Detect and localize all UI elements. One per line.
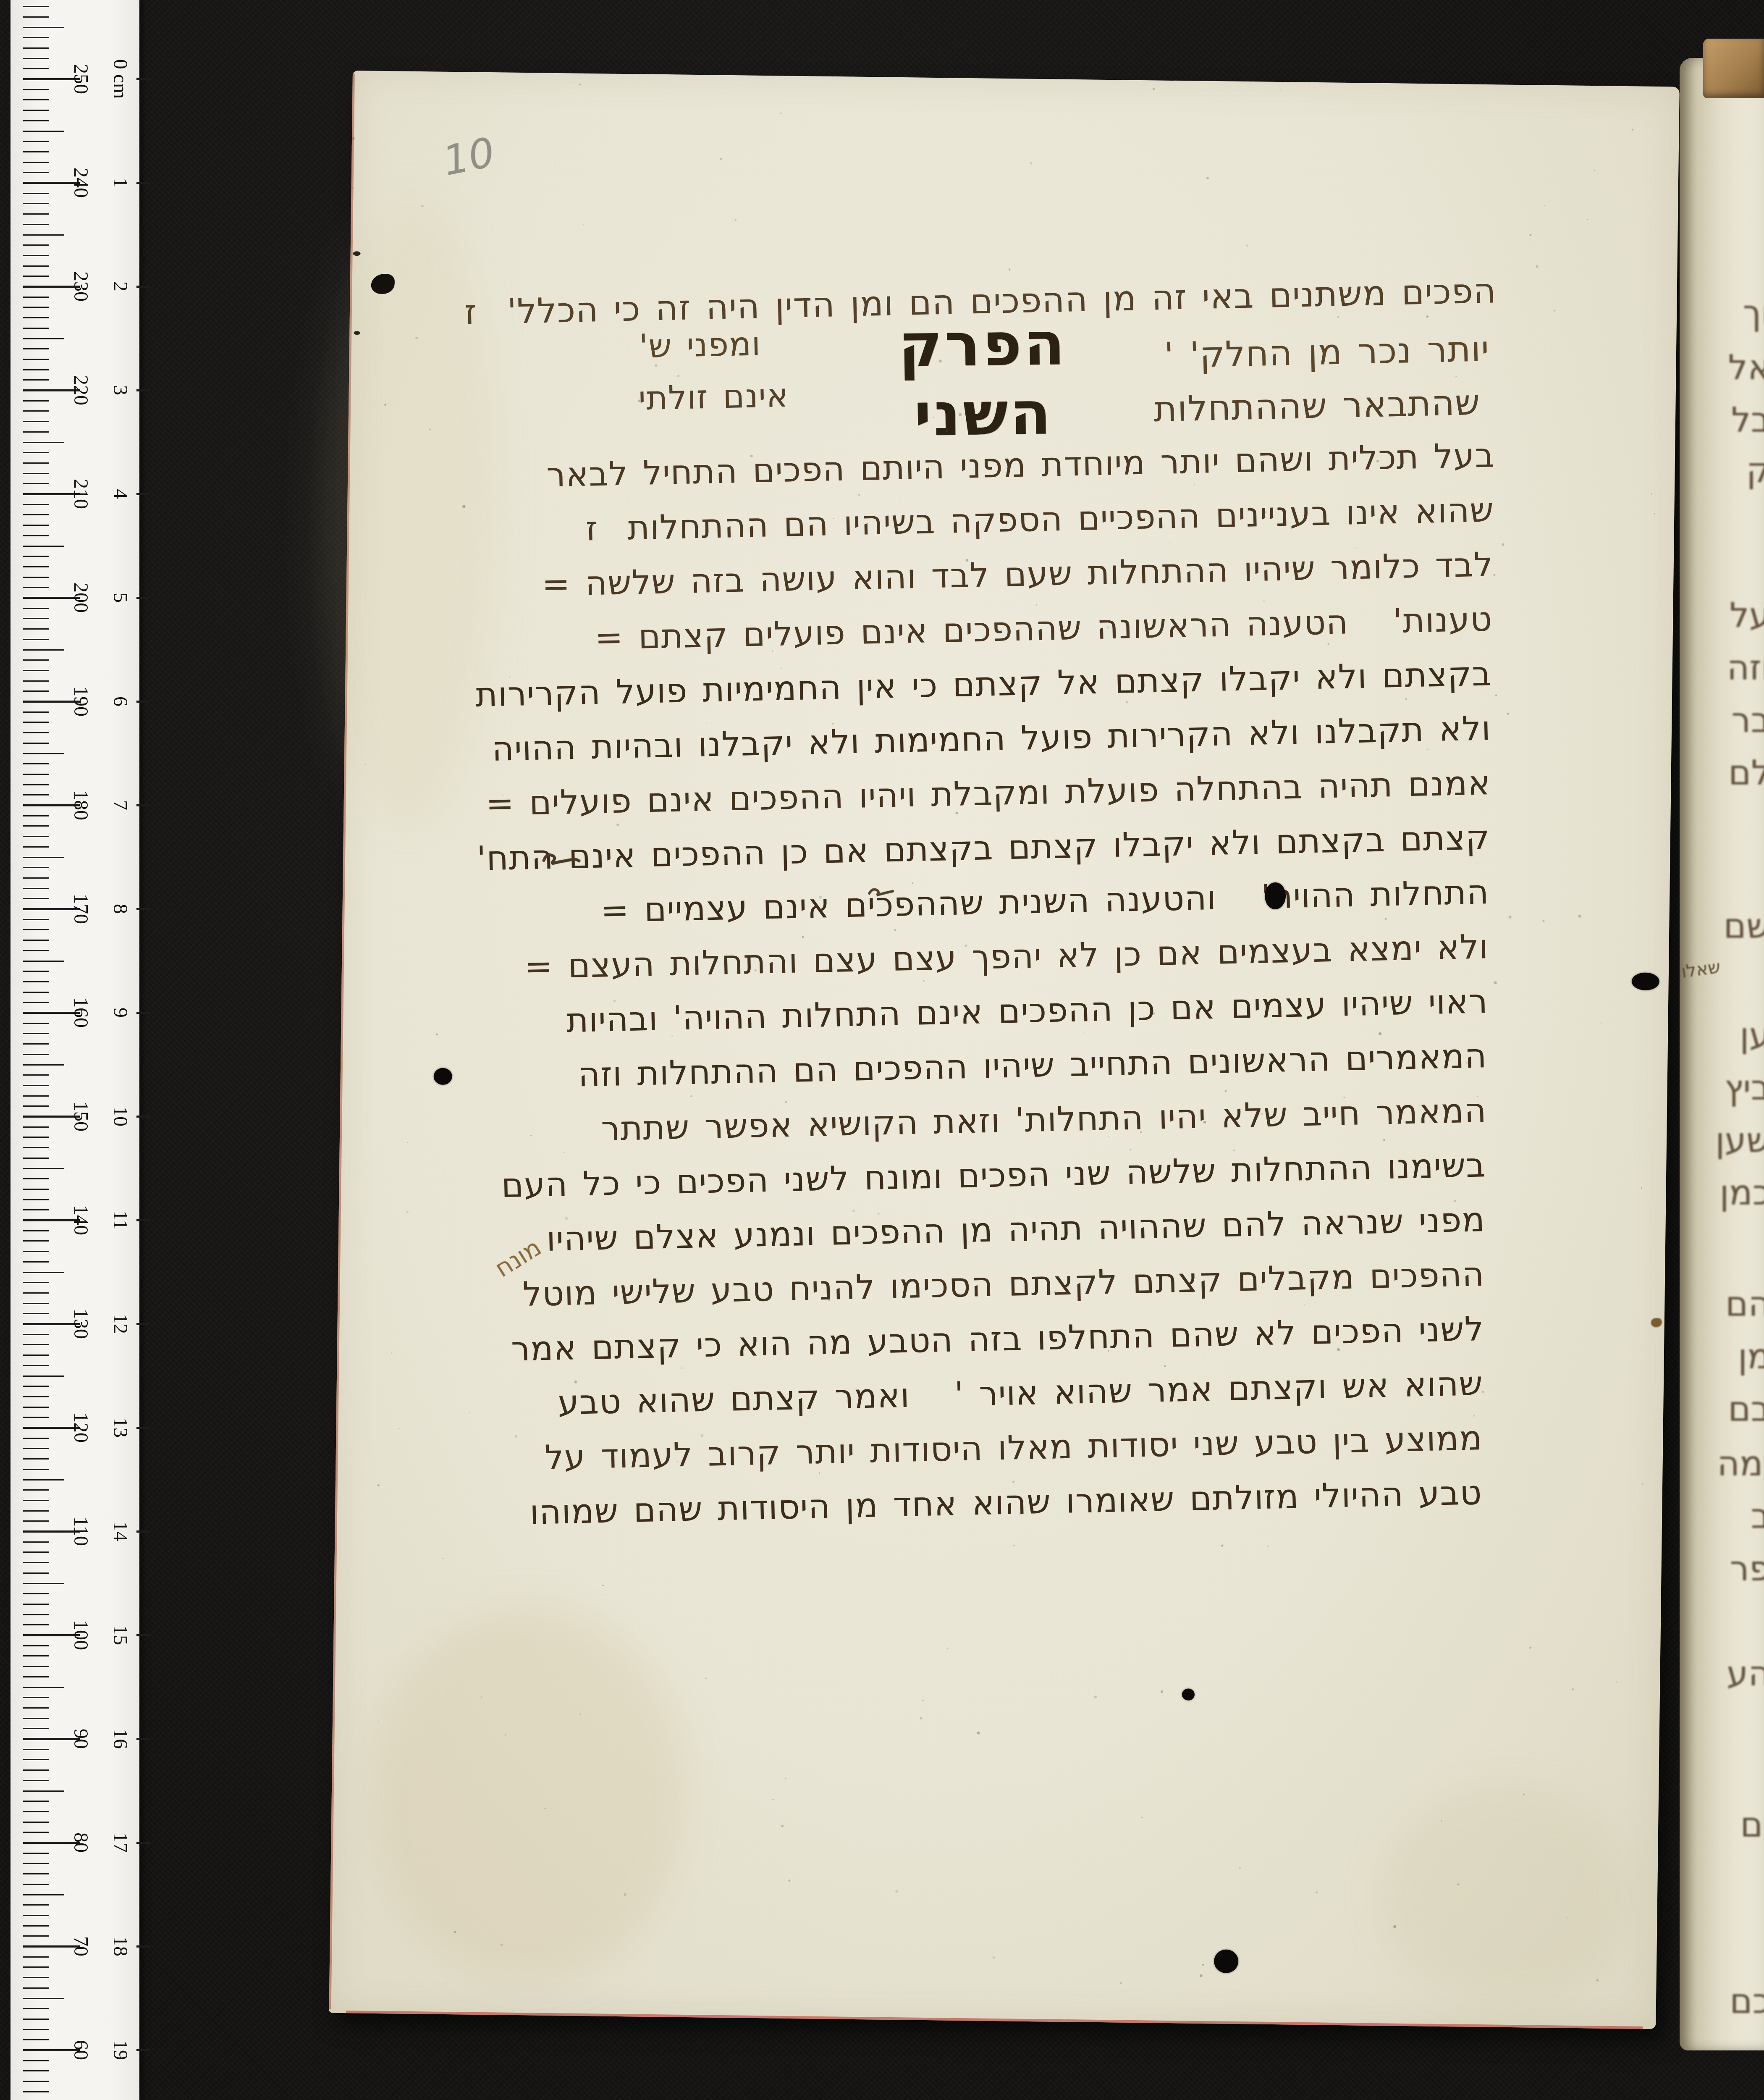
ruler-tick <box>23 1977 49 1978</box>
ruler-tick <box>23 1884 49 1885</box>
ruler-tick <box>23 659 49 661</box>
parchment-speck <box>1014 1545 1015 1546</box>
ruler-tick <box>23 1147 49 1148</box>
ruler-tick <box>23 1790 64 1792</box>
ruler-tick <box>23 1043 49 1045</box>
ruler-number-cm: 12 <box>106 1294 135 1353</box>
ruler-tick <box>23 711 49 713</box>
ruler-number-reverse: 180 <box>66 776 96 835</box>
ruler-tick <box>23 37 49 38</box>
parchment-speck <box>1493 574 1495 576</box>
parchment-speck <box>788 1879 790 1882</box>
parchment-speck <box>1536 265 1538 268</box>
ruler-tick <box>23 1500 49 1501</box>
ruler-tick <box>23 1520 49 1522</box>
ruler-number-cm: 6 <box>106 672 135 731</box>
ruler-tick <box>23 338 64 339</box>
parchment-speck <box>895 1890 898 1893</box>
parchment-speck <box>1544 205 1545 206</box>
parchment-speck <box>1246 244 1248 247</box>
ruler-tick <box>23 566 49 567</box>
ruler-tick <box>23 1354 49 1356</box>
parchment-speck <box>681 1368 682 1368</box>
ruler-tick <box>23 431 49 433</box>
ruler-tick <box>23 690 49 692</box>
parchment-speck <box>735 219 736 220</box>
ruler-tick <box>136 493 150 495</box>
spine-fragment <box>1703 39 1764 98</box>
facing-text-fragment: ים <box>1740 1805 1764 1845</box>
parchment-speck <box>1200 1974 1202 1977</box>
parchment-speck <box>1009 269 1010 270</box>
ruler-number-cm: 4 <box>106 465 135 523</box>
parchment-speck <box>446 1982 448 1983</box>
ruler-tick <box>23 1292 49 1294</box>
facing-text-fragment: מן <box>1738 1337 1764 1377</box>
ruler-tick <box>23 732 49 733</box>
ruler-tick <box>23 1551 49 1553</box>
ruler-tick <box>23 1645 49 1646</box>
ruler-number-reverse: 90 <box>66 1709 96 1768</box>
ruler-tick <box>23 1593 49 1594</box>
ruler-tick <box>23 120 49 121</box>
parchment-speck <box>1383 1139 1385 1141</box>
parchment-speck <box>436 1033 438 1035</box>
parchment-speck <box>1572 1688 1574 1690</box>
ruler-number-cm: 13 <box>106 1398 135 1457</box>
text-line: המאמרים הראשונים התחייב שיהיו ההפכים הם … <box>578 1036 1487 1094</box>
facing-text-fragment: על <box>1730 596 1764 635</box>
ruler-tick <box>23 1614 49 1615</box>
ruler-tick <box>23 1811 49 1812</box>
blot-mark <box>371 274 395 294</box>
ruler-number-reverse: 110 <box>66 1502 96 1561</box>
ruler-tick <box>23 172 49 173</box>
parchment-speck <box>1129 1149 1131 1151</box>
ruler-number-reverse: 60 <box>66 2021 96 2079</box>
ruler-tick <box>23 525 49 526</box>
text-line: שהוא אש וקצתם אמר שהוא אויר ' ואמר קצתם … <box>558 1364 1484 1422</box>
text-line: טבע ההיולי מזולתם שאומרו שהוא אחד מן היס… <box>529 1473 1482 1532</box>
ruler-tick <box>136 1323 150 1325</box>
ruler-tick <box>23 577 49 578</box>
parchment-speck <box>1030 162 1033 165</box>
ruler-tick <box>23 753 64 754</box>
ruler-tick <box>136 78 150 80</box>
ruler-tick <box>23 1313 49 1314</box>
parchment-speck <box>1120 1982 1122 1984</box>
parchment-speck <box>1164 1365 1166 1367</box>
ruler-tick <box>23 359 49 360</box>
parchment-speck <box>977 1732 980 1735</box>
parchment-speck <box>1206 177 1209 179</box>
parchment-speck <box>1507 712 1509 714</box>
ruler-tick <box>23 1925 49 1927</box>
ruler-tick <box>23 1759 49 1760</box>
parchment-speck <box>429 429 430 430</box>
ruler-tick <box>136 1530 150 1533</box>
parchment-speck <box>1314 1302 1315 1303</box>
parchment-speck <box>407 1142 408 1143</box>
ruler-tick <box>23 1158 49 1159</box>
parchment-speck <box>1456 375 1457 377</box>
ruler-tick <box>23 1407 49 1408</box>
ruler-tick <box>23 1396 49 1397</box>
ruler-tick <box>23 556 49 557</box>
ruler-tick <box>136 1427 150 1429</box>
ruler-tick <box>23 680 49 682</box>
parchment-speck <box>365 764 366 765</box>
parchment-speck <box>1394 1925 1397 1928</box>
parchment-speck <box>677 375 679 377</box>
parchment-speck <box>1578 915 1581 918</box>
ruler-tick <box>23 2019 49 2020</box>
parchment-speck <box>785 1101 787 1102</box>
facing-text-fragment: אל <box>1728 348 1764 388</box>
parchment-speck <box>920 1717 922 1719</box>
ruler-tick <box>23 670 49 671</box>
especk-mark <box>354 331 360 335</box>
ruler-tick <box>23 1541 49 1543</box>
parchment-speck <box>398 1428 400 1430</box>
manuscript-page: 10 הפכים משתנים באי זה מן ההפכים הם ומן … <box>329 71 1679 2029</box>
facing-text-fragment: הע <box>1727 1654 1764 1694</box>
parchment-speck <box>946 1647 949 1649</box>
text-line: שהוא אינו בעניינים ההפכיים הספקה בשיהיו … <box>585 490 1494 548</box>
ruler-number-cm: 15 <box>106 1606 135 1664</box>
ruler-number-reverse: 150 <box>66 1087 96 1146</box>
parchment-speck <box>377 1484 380 1486</box>
parchment-speck <box>449 1318 450 1318</box>
ruler-tick <box>23 6 49 7</box>
ruler-tick <box>23 276 49 277</box>
folio-number-pencil: 10 <box>439 129 499 185</box>
facing-text-fragment: ען <box>1740 1016 1764 1055</box>
facing-margin-note: שאלו <box>1680 956 1722 982</box>
ruler-tick <box>23 1915 49 1916</box>
ruler-number-cm: 18 <box>106 1917 135 1976</box>
ruler-number-cm: 3 <box>106 361 135 420</box>
ruler-number-cm: 17 <box>106 1813 135 1872</box>
ruler-tick <box>23 1469 49 1470</box>
ruler-tick <box>23 2060 49 2061</box>
ruler-number-cm: 11 <box>106 1191 135 1249</box>
facing-text-fragment: ביץ <box>1725 1068 1764 1108</box>
text-line: ראוי שיהיו עצמים אם כן ההפכים אינם התחלו… <box>566 982 1488 1040</box>
ruler-number-reverse: 160 <box>66 983 96 1042</box>
parchment-speck <box>819 1473 820 1474</box>
ruler-tick <box>23 1033 49 1034</box>
parchment-speck <box>1457 1883 1460 1885</box>
ruler-tick <box>23 1137 49 1138</box>
text-line: התחלות ההויה' והטענה השנית שההפכים אינם … <box>600 872 1489 930</box>
parchment-speck <box>1225 1090 1227 1092</box>
ruler-tick <box>23 1334 49 1335</box>
parchment-speck <box>443 1558 444 1559</box>
ruler-tick <box>23 89 49 90</box>
parchment-speck <box>616 823 619 826</box>
ruler-tick <box>23 1375 64 1377</box>
ruler-tick <box>23 141 49 142</box>
parchment-speck <box>1327 643 1329 645</box>
parchment-speck <box>912 882 914 884</box>
ruler-tick <box>23 379 49 381</box>
ruler-tick <box>23 234 64 236</box>
ruler-tick <box>23 763 49 764</box>
ruler-tick <box>136 1945 150 1948</box>
ruler-tick <box>23 1458 49 1459</box>
parchment-speck <box>1651 493 1652 495</box>
ruler-tick <box>23 244 49 246</box>
parchment-speck <box>415 337 418 339</box>
ruler-tick <box>23 992 49 993</box>
parchment-speck <box>391 1352 393 1354</box>
parchment-speck <box>1654 513 1655 514</box>
pricking-hole <box>1631 972 1659 990</box>
parchment-speck <box>1543 920 1545 922</box>
text-line: קצתם בקצתם ולא יקבלו קצתם בקצתם אם כן הה… <box>476 818 1490 878</box>
parchment-speck <box>1085 1032 1085 1032</box>
especk-mark <box>353 251 361 256</box>
ruler-tick <box>23 1054 49 1055</box>
ruler-tick <box>23 857 64 858</box>
ruler-number-cm: 14 <box>106 1502 135 1561</box>
ruler-tick <box>23 265 49 267</box>
ruler-tick <box>23 1780 49 1781</box>
facing-text-fragment: וזה <box>1727 648 1764 688</box>
parchment-speck <box>1161 1690 1163 1693</box>
ruler-tick <box>23 317 49 318</box>
ruler-tick <box>23 1728 49 1729</box>
ruler-tick <box>23 940 49 941</box>
parchment-speck <box>1523 1793 1525 1795</box>
parchment-speck <box>852 1210 855 1212</box>
ruler-tick <box>23 618 49 619</box>
ruler-tick <box>23 1479 64 1480</box>
ruler-tick <box>136 1012 150 1014</box>
ruler-tick <box>23 1168 64 1169</box>
parchment-speck <box>1405 698 1407 700</box>
ruler-tick <box>23 971 49 972</box>
ruler-tick <box>23 421 49 422</box>
parchment-speck <box>1594 170 1595 171</box>
header-line2-right: יותר נכר מן החלק' ' <box>1164 328 1490 376</box>
ruler-tick <box>23 452 49 453</box>
ruler-tick <box>23 16 49 18</box>
ruler-tick <box>23 328 49 329</box>
ruler-number-reverse: 170 <box>66 879 96 938</box>
ruler-tick <box>23 1572 49 1574</box>
parchment-speck <box>1616 1681 1617 1683</box>
ruler-tick <box>23 1074 49 1076</box>
ruler-tick <box>23 2081 49 2082</box>
ruler-tick <box>23 1240 49 1242</box>
ruler-tick <box>23 815 49 816</box>
ink-squiggle <box>867 882 896 900</box>
ruler-tick <box>23 1448 49 1449</box>
parchment-speck <box>554 166 555 167</box>
parchment-stain <box>1379 1784 1633 2005</box>
facing-text-fragment: בל <box>1731 400 1764 440</box>
ruler-tick <box>136 701 150 703</box>
parchment-speck <box>1384 918 1387 920</box>
parchment-speck <box>515 1435 517 1438</box>
ruler-tick <box>23 1904 49 1906</box>
ruler-number-reverse: 200 <box>66 568 96 627</box>
ruler-tick <box>23 1085 49 1086</box>
ruler-tick <box>23 1832 49 1833</box>
facing-text-fragment: לם <box>1728 753 1764 793</box>
ruler-tick <box>23 99 49 100</box>
ruler-tick <box>136 1842 150 1844</box>
main-text-block: בעל תכלית ושהם יותר מיוחדת מפני היותם הפ… <box>353 71 1680 87</box>
ruler-tick <box>23 1666 49 1667</box>
ruler-tick <box>23 297 49 298</box>
chapter-heading: הפרק השני <box>823 308 1143 451</box>
parchment-speck <box>1426 316 1428 318</box>
parchment-speck <box>1221 1545 1223 1547</box>
ruler-tick <box>136 908 150 910</box>
parchment-speck <box>579 1713 582 1715</box>
ruler-tick <box>136 597 150 599</box>
parchment-speck <box>1036 604 1038 606</box>
ruler-tick <box>23 473 49 474</box>
facing-page-edge: וךאלבלקעלוזהברלםשםעןביץשעןכמןהםמןבםימהבפ… <box>1680 58 1764 2050</box>
ruler-tick <box>23 1510 49 1512</box>
parchment-speck <box>894 929 896 931</box>
ruler-tick <box>23 110 49 111</box>
parchment-speck <box>781 1825 784 1827</box>
ruler-tick <box>23 1769 49 1771</box>
ruler-tick <box>23 846 49 848</box>
parchment-speck <box>1494 982 1497 984</box>
parchment-speck <box>530 1135 532 1136</box>
facing-text-fragment: וך <box>1743 293 1764 333</box>
ruler-tick <box>23 462 49 464</box>
ruler-tick <box>23 203 49 204</box>
ruler-tick <box>23 504 49 505</box>
ruler-tick <box>23 929 49 930</box>
ruler-tick <box>23 1438 49 1439</box>
ruler-number-reverse: 210 <box>66 465 96 523</box>
ruler-tick <box>23 400 49 402</box>
ruler-tick <box>23 1105 49 1107</box>
ruler-tick <box>23 961 64 962</box>
ruler-tick <box>23 2029 49 2030</box>
parchment-speck <box>1601 1022 1602 1023</box>
parchment-speck <box>1239 1866 1241 1869</box>
parchment-speck <box>1441 1820 1442 1822</box>
ruler-tick <box>23 307 49 308</box>
ruler-tick <box>23 1998 64 1999</box>
ruler-number-reverse: 80 <box>66 1813 96 1872</box>
ink-squiggle <box>540 848 583 869</box>
parchment-speck <box>544 1808 546 1809</box>
ruler-tick <box>23 514 49 515</box>
ruler-tick <box>23 1707 49 1709</box>
ruler-tick <box>23 1126 49 1128</box>
ruler-tick <box>136 1634 150 1636</box>
ruler-tick <box>23 649 64 651</box>
ruler-tick <box>23 1718 49 1719</box>
ruler-tick <box>23 784 49 785</box>
parchment-speck <box>802 936 804 938</box>
ruler-tick <box>23 2091 49 2092</box>
parchment-speck <box>1529 1646 1532 1649</box>
parchment-speck <box>1567 1917 1569 1918</box>
ruler-tick <box>23 2039 49 2040</box>
ruler-tick <box>23 1344 49 1345</box>
ruler-tick <box>23 1749 49 1750</box>
ruler-tick <box>23 1873 49 1874</box>
parchment-speck <box>1153 88 1155 90</box>
facing-text-fragment: ב <box>1751 1496 1764 1536</box>
ruler-tick <box>23 1064 64 1066</box>
parchment-speck <box>1194 484 1195 485</box>
ruler-tick <box>23 1023 49 1024</box>
ruler-tick <box>23 535 49 536</box>
ruler-tick <box>23 639 49 640</box>
parchment-speck <box>922 1699 924 1701</box>
parchment-speck <box>772 1799 773 1801</box>
header-line3-left: אינם זולתי <box>638 377 789 417</box>
ruler-tick <box>23 608 49 609</box>
ruler-number-cm: 7 <box>106 776 135 835</box>
text-line: אמנם תהיה בהתחלה פועלת ומקבלת ויהיו ההפכ… <box>485 763 1491 823</box>
header-line3-right: שהתבאר שההתחלות <box>1153 382 1481 430</box>
ruler-tick <box>23 1655 49 1656</box>
ruler-tick <box>23 628 49 630</box>
parchment-speck <box>1304 1304 1305 1305</box>
text-line: לבד כלומר שיהיו ההתחלות שעם לבד והוא עוש… <box>541 545 1494 604</box>
parchment-speck <box>1495 694 1497 696</box>
ruler-tick <box>23 587 49 588</box>
text-line: מפני שנראה להם שההויה תהיה מן ההפכים ונמ… <box>546 1200 1485 1259</box>
ruler-number-cm: 9 <box>106 983 135 1042</box>
text-line: ממוצע בין טבע שני יסודות מאלו היסודות יו… <box>544 1418 1483 1477</box>
parchment-speck <box>992 1956 995 1959</box>
ruler-tick <box>23 255 49 256</box>
red-edge-stain-bottom <box>346 2011 1643 2029</box>
ruler-tick <box>23 794 49 795</box>
parchment-speck <box>1379 1032 1381 1035</box>
ruler-tick <box>136 182 150 184</box>
ruler-tick <box>23 1189 49 1190</box>
ruler-number-reverse: 220 <box>66 361 96 420</box>
parchment-speck <box>923 980 925 982</box>
parchment-speck <box>1632 129 1634 131</box>
parchment-speck <box>1502 543 1504 546</box>
ruler-tick <box>23 1697 49 1698</box>
ruler-number-cm: 1 <box>106 153 135 212</box>
parchment-speck <box>1529 234 1531 236</box>
ruler-tick <box>23 483 49 484</box>
ruler-tick <box>23 1303 49 1304</box>
parchment-speck <box>1280 89 1281 90</box>
ruler-tick <box>136 1738 150 1740</box>
ruler-tick <box>23 1230 49 1231</box>
ruler-number-reverse: 130 <box>66 1294 96 1353</box>
text-line: ולא תקבלנו ולא הקרירות פועל החמימות ולא … <box>492 709 1491 769</box>
ruler-tick <box>23 1417 49 1418</box>
parchment-speck <box>1202 1964 1204 1966</box>
parchment-speck <box>1012 1481 1014 1483</box>
ruler-tick <box>23 151 49 152</box>
parchment-speck <box>579 84 581 85</box>
ruler-tick <box>23 1199 49 1200</box>
header-line2-left: ומפני ש' <box>639 325 761 365</box>
facing-text-fragment: כמן <box>1720 1173 1764 1213</box>
